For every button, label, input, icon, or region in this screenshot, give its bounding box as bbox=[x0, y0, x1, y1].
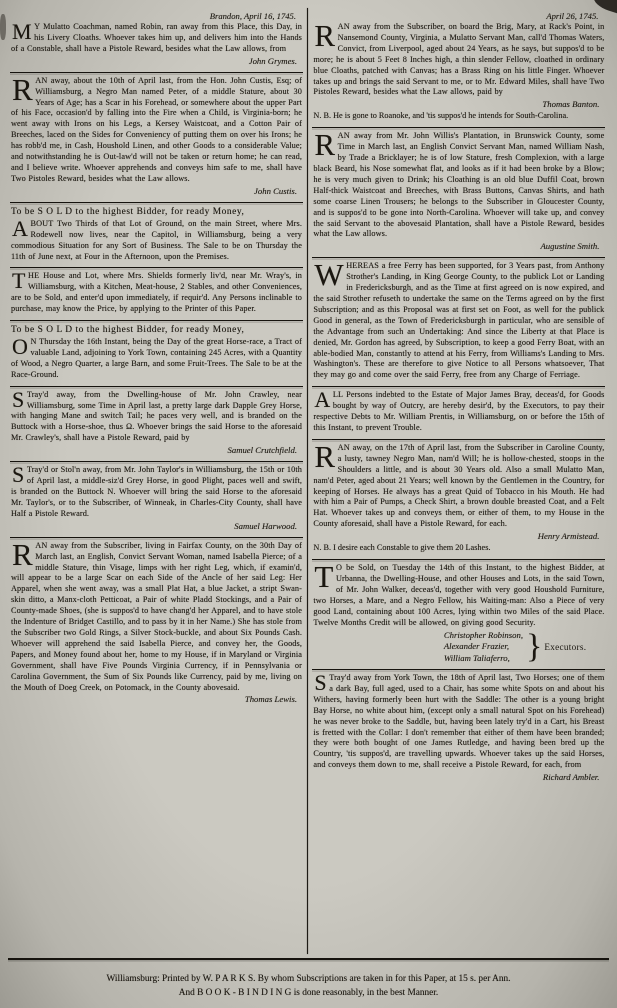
ad-signature: Henry Armistead. bbox=[313, 531, 604, 542]
ad-body-text: AN away, about the 10th of April last, f… bbox=[11, 76, 302, 183]
ink-smudge-icon bbox=[0, 14, 6, 40]
ad-item: WHEREAS a free Ferry has been supported,… bbox=[312, 259, 605, 384]
ad-body-text: AN away from Mr. John Willis's Plantatio… bbox=[313, 131, 604, 238]
ad-signature: Samuel Crutchfield. bbox=[11, 445, 302, 456]
drop-cap: S bbox=[11, 390, 27, 409]
ad-signature: John Grymes. bbox=[11, 56, 302, 67]
ad-body-paragraph: RAN away, on the 17th of April last, fro… bbox=[313, 443, 604, 530]
ad-separator-rule bbox=[10, 461, 303, 462]
ad-body-text: BOUT Two Thirds of that Lot of Ground, o… bbox=[11, 219, 302, 261]
ad-item: ALL Persons indebted to the Estate of Ma… bbox=[312, 388, 605, 437]
drop-cap: R bbox=[11, 76, 35, 103]
ad-body-paragraph: RAN away from the Subscriber, living in … bbox=[11, 541, 302, 694]
ad-body-paragraph: THE House and Lot, where Mrs. Shields fo… bbox=[11, 271, 302, 315]
newspaper-page: Brandon, April 16, 1745.MY Mulatto Coach… bbox=[0, 0, 617, 1008]
ad-separator-rule bbox=[312, 439, 605, 440]
ad-body-paragraph: RAN away from the Subscriber, on board t… bbox=[313, 22, 604, 98]
ad-body-paragraph: ALL Persons indebted to the Estate of Ma… bbox=[313, 390, 604, 434]
ad-item: STray'd away from York Town, the 18th of… bbox=[312, 671, 605, 786]
ad-signature: Richard Ambler. bbox=[313, 772, 604, 783]
drop-cap: A bbox=[313, 390, 333, 409]
ad-signature: Thomas Banton. bbox=[313, 99, 604, 110]
ad-nota-bene: N. B. He is gone to Roanoke, and 'tis su… bbox=[313, 111, 604, 122]
executor-names: Christopher Robinson,Alexander Frazier,W… bbox=[444, 630, 523, 665]
ad-body-paragraph: RAN away, about the 10th of April last, … bbox=[11, 76, 302, 185]
footer-rule bbox=[8, 958, 609, 960]
ad-separator-rule bbox=[312, 386, 605, 387]
ad-body-text: HEREAS a free Ferry has been supported, … bbox=[313, 261, 604, 379]
ad-item: RAN away from Mr. John Willis's Plantati… bbox=[312, 129, 605, 255]
ad-separator-rule bbox=[10, 72, 303, 73]
ad-separator-rule bbox=[10, 320, 303, 321]
ad-separator-rule bbox=[10, 537, 303, 538]
ad-separator-rule bbox=[10, 386, 303, 387]
ad-item: TO be Sold, on Tuesday the 14th of this … bbox=[312, 561, 605, 667]
drop-cap: R bbox=[313, 22, 337, 49]
left-column: Brandon, April 16, 1745.MY Mulatto Coach… bbox=[10, 8, 303, 954]
ad-body-text: Tray'd away, from the Dwelling-house of … bbox=[11, 390, 302, 443]
ad-body-text: O be Sold, on Tuesday the 14th of this I… bbox=[313, 563, 604, 627]
ad-signature: Augustine Smith. bbox=[313, 241, 604, 252]
executors-block: Christopher Robinson,Alexander Frazier,W… bbox=[313, 630, 586, 665]
ad-body-paragraph: ABOUT Two Thirds of that Lot of Ground, … bbox=[11, 219, 302, 263]
ad-dateline: April 26, 1745. bbox=[313, 10, 604, 22]
ad-item: THE House and Lot, where Mrs. Shields fo… bbox=[10, 269, 303, 318]
ad-separator-rule bbox=[312, 257, 605, 258]
drop-cap: W bbox=[313, 261, 346, 288]
drop-cap: T bbox=[313, 563, 336, 590]
drop-cap: S bbox=[11, 465, 27, 484]
executors-label: Executors. bbox=[544, 642, 586, 652]
ad-item: April 26, 1745.RAN away from the Subscri… bbox=[312, 8, 605, 125]
imprint-footer: Williamsburg: Printed by W. P A R K S. B… bbox=[0, 973, 617, 1000]
executor-name: Christopher Robinson, bbox=[444, 630, 523, 642]
ad-body-text: Tray'd or Stol'n away, from Mr. John Tay… bbox=[11, 465, 302, 518]
executor-name: Alexander Frazier, bbox=[444, 641, 523, 653]
ad-body-paragraph: STray'd away from York Town, the 18th of… bbox=[313, 673, 604, 771]
ad-item: To be S O L D to the highest Bidder, for… bbox=[10, 322, 303, 384]
ad-heading: To be S O L D to the highest Bidder, for… bbox=[11, 206, 302, 219]
ad-item: RAN away, about the 10th of April last, … bbox=[10, 74, 303, 200]
ad-separator-rule bbox=[10, 202, 303, 203]
brace-icon: } bbox=[526, 630, 542, 664]
ad-body-text: LL Persons indebted to the Estate of Maj… bbox=[313, 390, 604, 432]
ad-body-paragraph: ON Thursday the 16th Instant, being the … bbox=[11, 337, 302, 381]
ad-body-paragraph: WHEREAS a free Ferry has been supported,… bbox=[313, 261, 604, 381]
ad-body-text: AN away from the Subscriber, living in F… bbox=[11, 541, 302, 692]
ad-item: Brandon, April 16, 1745.MY Mulatto Coach… bbox=[10, 8, 303, 70]
ad-item: RAN away from the Subscriber, living in … bbox=[10, 539, 303, 709]
ad-item: To be S O L D to the highest Bidder, for… bbox=[10, 204, 303, 266]
executor-name: William Taliaferro, bbox=[444, 653, 523, 665]
ad-body-paragraph: TO be Sold, on Tuesday the 14th of this … bbox=[313, 563, 604, 628]
drop-cap: O bbox=[11, 337, 31, 356]
ad-body-text: N Thursday the 16th Instant, being the D… bbox=[11, 337, 302, 379]
imprint-line-1: Williamsburg: Printed by W. P A R K S. B… bbox=[0, 973, 617, 987]
ad-body-text: AN away from the Subscriber, on board th… bbox=[313, 22, 604, 96]
drop-cap: R bbox=[11, 541, 35, 568]
ad-separator-rule bbox=[10, 267, 303, 268]
ad-body-text: AN away, on the 17th of April last, from… bbox=[313, 443, 604, 528]
ad-dateline: Brandon, April 16, 1745. bbox=[11, 10, 302, 22]
drop-cap: R bbox=[313, 443, 337, 470]
ad-item: STray'd away, from the Dwelling-house of… bbox=[10, 388, 303, 460]
column-divider-rule bbox=[307, 8, 308, 954]
ad-separator-rule bbox=[312, 127, 605, 128]
ad-separator-rule bbox=[312, 559, 605, 560]
ad-body-paragraph: STray'd away, from the Dwelling-house of… bbox=[11, 390, 302, 445]
ad-item: STray'd or Stol'n away, from Mr. John Ta… bbox=[10, 463, 303, 535]
ad-item: RAN away, on the 17th of April last, fro… bbox=[312, 441, 605, 557]
ad-body-text: Tray'd away from York Town, the 18th of … bbox=[313, 673, 604, 769]
ad-body-paragraph: STray'd or Stol'n away, from Mr. John Ta… bbox=[11, 465, 302, 520]
ad-signature: John Custis. bbox=[11, 186, 302, 197]
ad-signature: Samuel Harwood. bbox=[11, 521, 302, 532]
drop-cap: R bbox=[313, 131, 337, 158]
ad-signature: Thomas Lewis. bbox=[11, 694, 302, 705]
ad-nota-bene: N. B. I desire each Constable to give th… bbox=[313, 543, 604, 554]
drop-cap: A bbox=[11, 219, 31, 238]
ad-body-paragraph: MY Mulatto Coachman, named Robin, ran aw… bbox=[11, 22, 302, 55]
drop-cap: M bbox=[11, 22, 34, 41]
ad-body-text: HE House and Lot, where Mrs. Shields for… bbox=[11, 271, 302, 313]
drop-cap: T bbox=[11, 271, 28, 290]
ad-heading: To be S O L D to the highest Bidder, for… bbox=[11, 324, 302, 337]
imprint-line-2: And B O O K - B I N D I N G is done reas… bbox=[0, 987, 617, 1001]
drop-cap: S bbox=[313, 673, 329, 692]
ad-body-paragraph: RAN away from Mr. John Willis's Plantati… bbox=[313, 131, 604, 240]
advertisement-columns: Brandon, April 16, 1745.MY Mulatto Coach… bbox=[10, 8, 607, 954]
ad-separator-rule bbox=[312, 669, 605, 670]
ad-body-text: Y Mulatto Coachman, named Robin, ran awa… bbox=[11, 22, 302, 53]
right-column: April 26, 1745.RAN away from the Subscri… bbox=[312, 8, 605, 954]
